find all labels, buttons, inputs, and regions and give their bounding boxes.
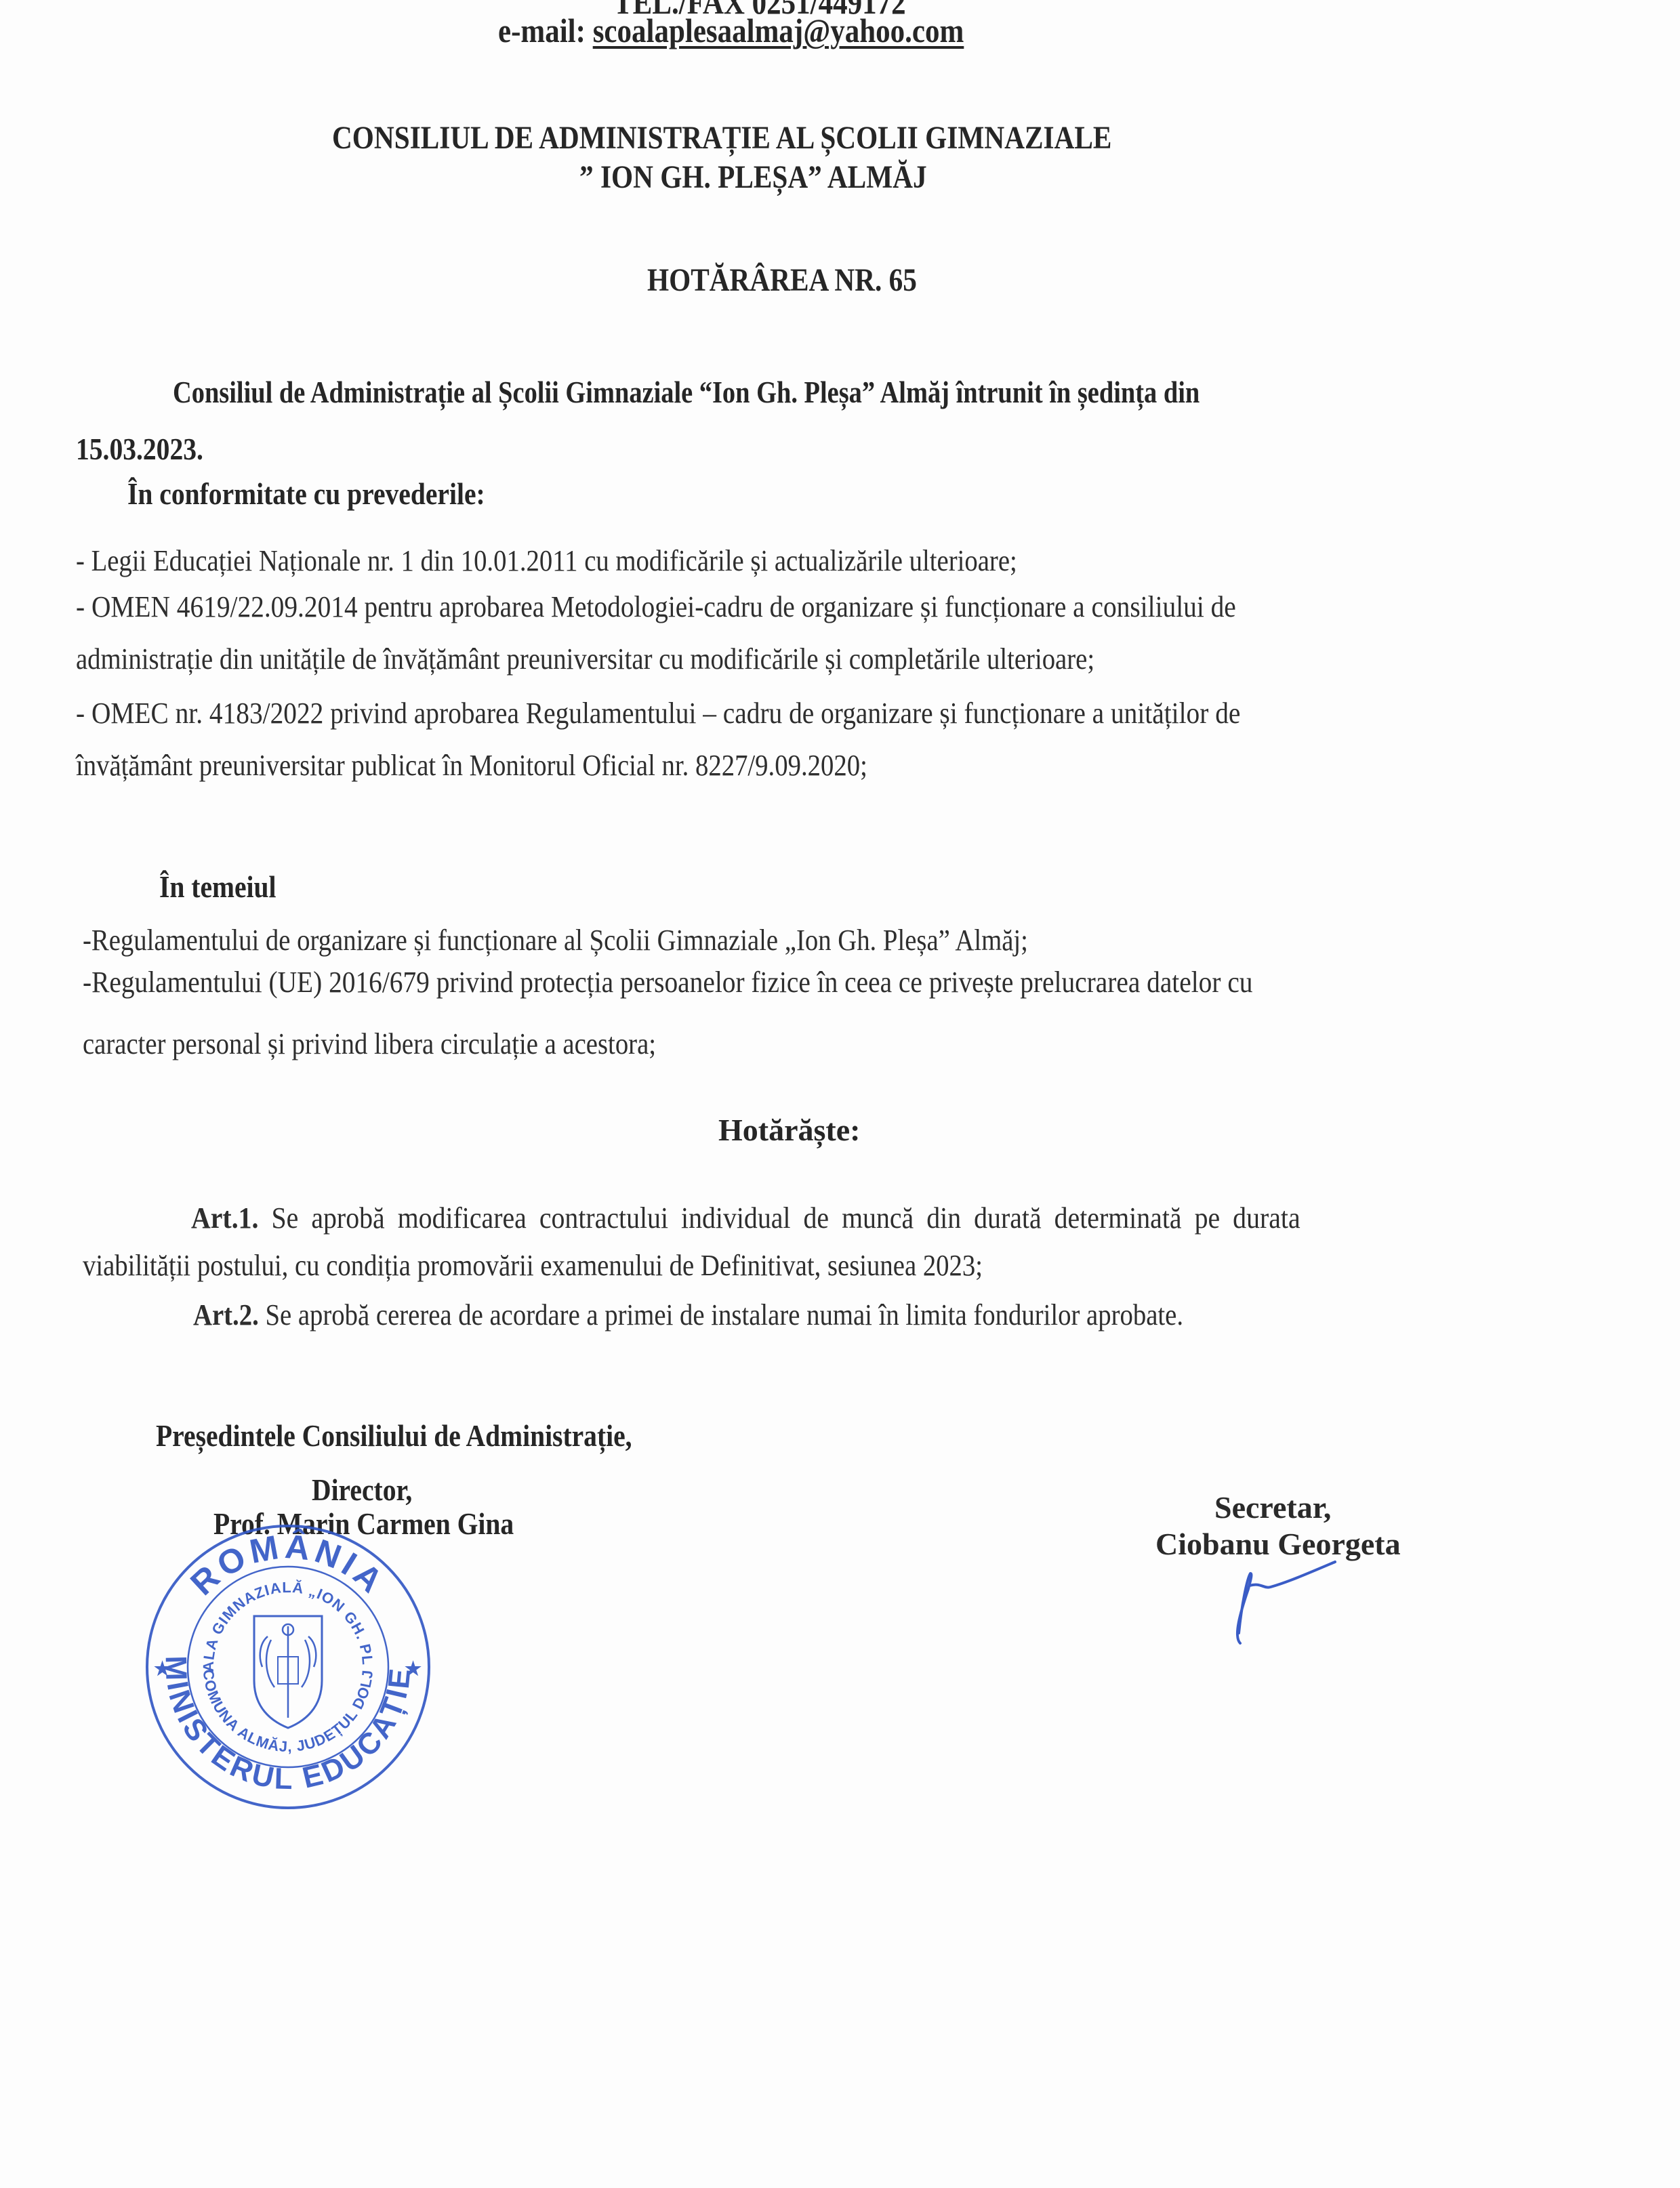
document-page: TEL./FAX 0251/449172 e-mail: scoalaplesa… (0, 0, 1680, 2188)
article-1-label: Art.1. (191, 1201, 259, 1235)
meeting-date: 15.03.2023. (76, 434, 203, 465)
star-icon: ★ (405, 1658, 422, 1679)
basis-line: -Regulamentului de organizare și funcțio… (83, 926, 1028, 955)
decision-number: HOTĂRÂREA NR. 65 (647, 264, 917, 297)
basis-heading: În temeiul (159, 871, 276, 903)
official-stamp: ROMÂNIA MINISTERUL EDUCAȚIEI ȘCOALA GIMN… (139, 1518, 437, 1816)
article-1-text: Se aprobă modificarea contractului indiv… (259, 1201, 1300, 1235)
director-title: Director, (312, 1474, 412, 1506)
secretary-title: Secretar, (1214, 1492, 1331, 1523)
coat-of-arms-icon (254, 1616, 322, 1728)
president-title: Președintele Consiliului de Administrați… (156, 1420, 632, 1451)
article-2: Art.2. Se aprobă cererea de acordare a p… (193, 1300, 1183, 1330)
conformity-line: - OMEC nr. 4183/2022 privind aprobarea R… (76, 699, 1240, 728)
conformity-heading: În conformitate cu prevederile: (127, 478, 485, 510)
article-2-label: Art.2. (193, 1298, 259, 1332)
article-2-text: Se aprobă cererea de acordare a primei d… (259, 1298, 1183, 1332)
article-1: Art.1. Se aprobă modificarea contractulu… (191, 1203, 1300, 1233)
intro-line: Consiliul de Administrație al Școlii Gim… (173, 377, 1200, 408)
secretary-name: Ciobanu Georgeta (1155, 1529, 1401, 1560)
star-icon: ★ (154, 1658, 171, 1679)
basis-line: caracter personal și privind libera circ… (83, 1029, 656, 1059)
article-1-continued: viabilității postului, cu condiția promo… (83, 1251, 983, 1281)
basis-line: -Regulamentului (UE) 2016/679 privind pr… (83, 968, 1252, 997)
conformity-line: învățământ preuniversitar publicat în Mo… (76, 751, 867, 781)
email-label: e-mail: (498, 12, 586, 49)
conformity-line: - OMEN 4619/22.09.2014 pentru aprobarea … (76, 592, 1236, 622)
email-link[interactable]: scoalaplesaalmaj@yahoo.com (593, 12, 964, 49)
council-title: CONSILIUL DE ADMINISTRAȚIE AL ȘCOLII GIM… (332, 122, 1111, 154)
decides-heading: Hotărăște: (718, 1115, 860, 1146)
school-name: ” ION GH. PLEȘA” ALMĂJ (579, 161, 927, 194)
conformity-line: - Legii Educației Naționale nr. 1 din 10… (76, 546, 1017, 576)
secretary-signature (1220, 1559, 1349, 1647)
conformity-line: administrație din unitățile de învățămân… (76, 644, 1094, 674)
email-line: e-mail: scoalaplesaalmaj@yahoo.com (498, 14, 964, 47)
